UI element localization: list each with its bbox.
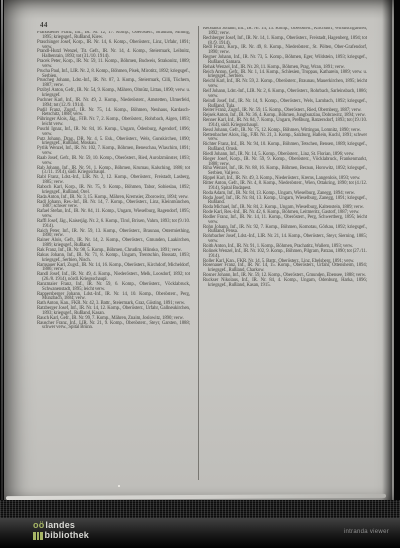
scan-artifact-speck: [118, 485, 120, 487]
logo-line2: bibliothek: [33, 531, 89, 540]
logo-line1: oölandes: [33, 521, 89, 530]
book-spine-edge: [1, 0, 3, 502]
text-column-left: Prandstetter Franz, Inf., IR. Nr. 12, 17…: [37, 31, 190, 479]
viewer-footer-bar: oölandes bibliothek intranda viewer: [0, 518, 400, 548]
book-edge-grain: [0, 500, 400, 518]
logo-region-prefix: oö: [33, 520, 44, 530]
logo-bars-icon: [33, 532, 43, 540]
directory-entry: Rauscher Franz, Inf., LIR. Nr. 21, 9. Ko…: [37, 322, 190, 332]
directory-entry: Ruckser Nikolaus, Inf., IR. Nr. 84, 4. K…: [203, 279, 367, 289]
library-logo[interactable]: oölandes bibliothek: [33, 521, 89, 540]
viewer-stage: 44 Prandstetter Franz, Inf., IR. Nr. 12,…: [0, 0, 400, 548]
page-scan[interactable]: 44 Prandstetter Franz, Inf., IR. Nr. 12,…: [4, 0, 394, 502]
page-number: 44: [40, 21, 48, 29]
text-column-right: Rebhandl Johann, Inf., IR. Nr. 14, 13. K…: [203, 27, 367, 479]
logo-word-landes: landes: [45, 520, 75, 530]
page-fold-shadow: [382, 0, 392, 502]
column-divider-rule: [198, 26, 199, 480]
viewer-product-label[interactable]: intranda viewer: [344, 529, 389, 535]
logo-word-bibliothek: bibliothek: [45, 531, 90, 540]
